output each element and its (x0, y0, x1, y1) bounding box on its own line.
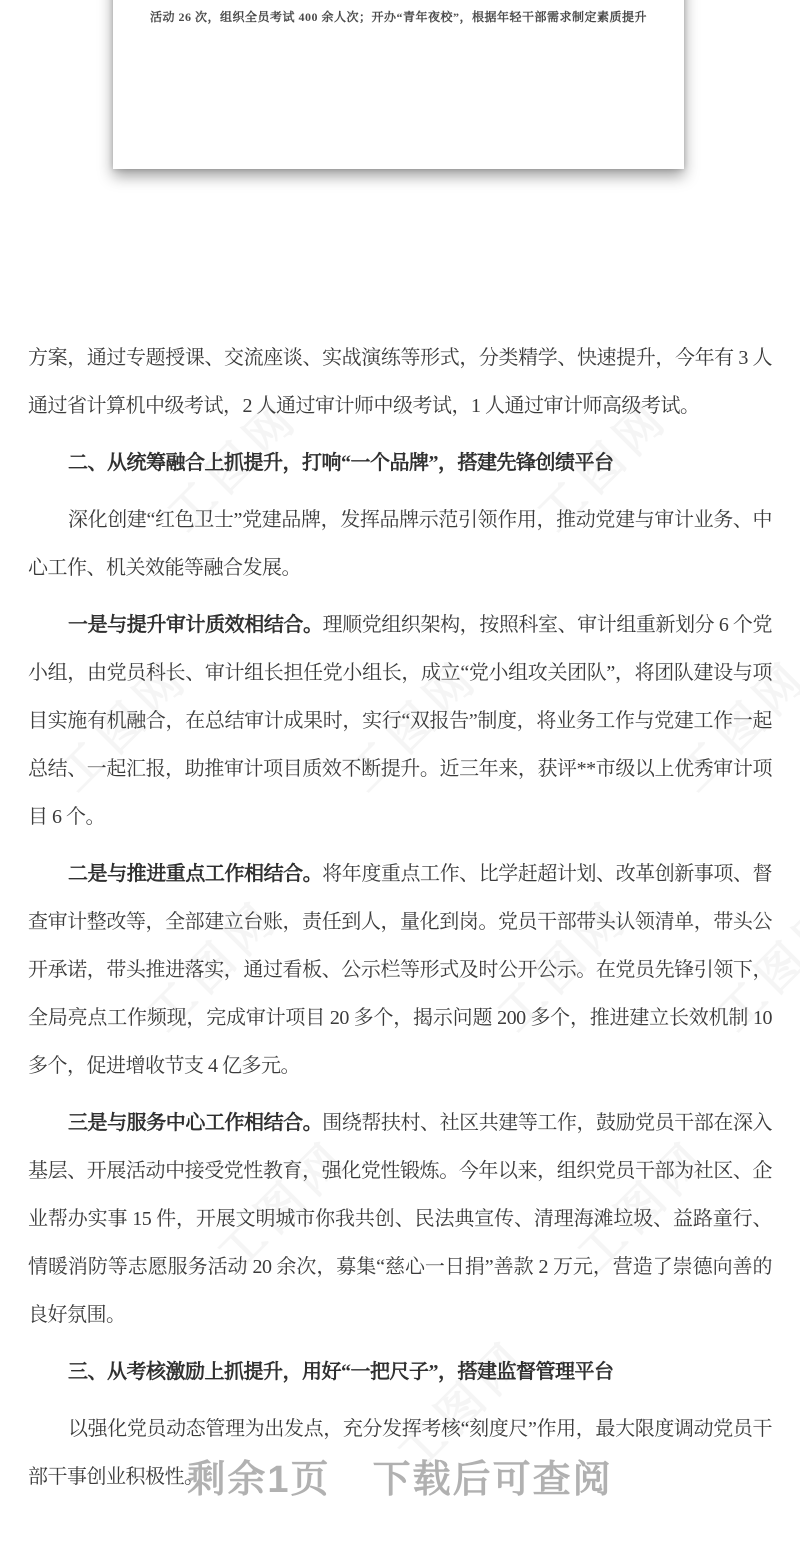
page2-preview-body: 方案，通过专题授课、交流座谈、实战演练等形式，分类精学、快速提升，今年有 3 人… (0, 334, 800, 1510)
body-paragraph: 方案，通过专题授课、交流座谈、实战演练等形式，分类精学、快速提升，今年有 3 人… (28, 334, 772, 430)
page1-fragment-text: 活动 26 次，组织全员考试 400 余人次；开办“青年夜校”，根据年轻干部需求… (123, 8, 674, 25)
document-preview-page: 活动 26 次，组织全员考试 400 余人次；开办“青年夜校”，根据年轻干部需求… (0, 0, 800, 1562)
section-heading: 二、从统筹融合上抓提升，打响“一个品牌”，搭建先锋创绩平台 (28, 439, 772, 487)
paragraph-lead: 三是与服务中心工作相结合。 (68, 1112, 322, 1134)
body-paragraph: 三是与服务中心工作相结合。围绕帮扶村、社区共建等工作，鼓励党员干部在深入基层、开… (28, 1099, 772, 1339)
body-paragraph: 以强化党员动态管理为出发点，充分发挥考核“刻度尺”作用，最大限度调动党员干部干事… (28, 1405, 772, 1501)
page1-preview-card: 活动 26 次，组织全员考试 400 余人次；开办“青年夜校”，根据年轻干部需求… (113, 0, 684, 169)
paragraph-lead: 二是与推进重点工作相结合。 (68, 863, 322, 885)
body-paragraph: 二是与推进重点工作相结合。将年度重点工作、比学赶超计划、改革创新事项、督查审计整… (28, 850, 772, 1090)
paragraph-lead: 一是与提升审计质效相结合。 (68, 614, 323, 636)
section-heading: 三、从考核激励上抓提升，用好“一把尺子”，搭建监督管理平台 (28, 1348, 772, 1396)
body-paragraph: 一是与提升审计质效相结合。理顺党组织架构，按照科室、审计组重新划分 6 个党小组… (28, 601, 772, 841)
body-paragraph: 深化创建“红色卫士”党建品牌，发挥品牌示范引领作用，推动党建与审计业务、中心工作… (28, 496, 772, 592)
